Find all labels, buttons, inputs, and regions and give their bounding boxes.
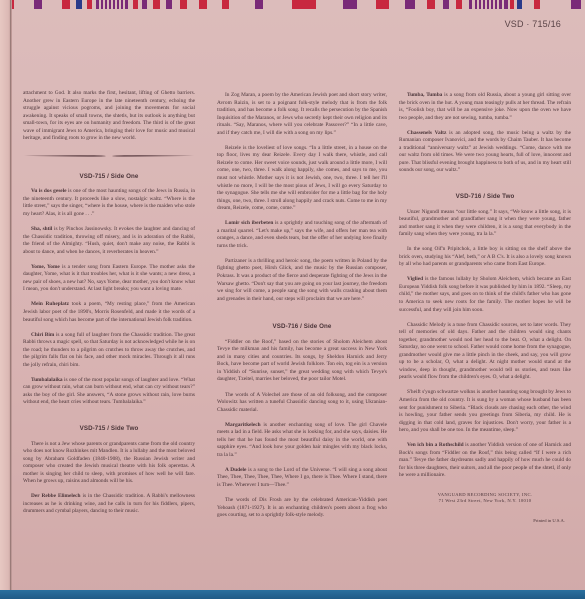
stripe-block (113, 0, 115, 9)
liner-note-paragraph: Lomir sich iberbeten is a sprightly and … (217, 220, 387, 250)
stripe-block (483, 0, 485, 9)
song-title: Chassenels Valtz (407, 130, 446, 136)
stripe-block (343, 0, 357, 9)
stripe-block (125, 0, 128, 9)
song-title: Viglied (407, 276, 423, 282)
vsd716-side-one-notes: “Fiddler on the Roof,” based on the stor… (217, 339, 387, 520)
bottom-color-band (0, 590, 585, 599)
liner-note-paragraph: A Dudele is a song to the Lord of the Un… (217, 467, 387, 490)
section-heading-vsd716-side-one: VSD-716 / Side One (217, 323, 387, 331)
liner-note-paragraph: Chassidic Melody is a tune from Chassidi… (399, 322, 571, 382)
stripe-block (487, 0, 489, 9)
stripe-block (510, 0, 514, 9)
liner-note-paragraph: In the song Oif'n Pripitchok, a little b… (399, 246, 571, 269)
stripe-block (133, 0, 138, 9)
stripe-block (87, 0, 92, 9)
liner-note-paragraph: Viglied is the famous lullaby by Sholom … (399, 276, 571, 314)
liner-note-paragraph: The words of A Volechel are those of an … (217, 392, 387, 415)
song-title: A Dudele (225, 467, 246, 473)
song-title: Mein Ruheplatz (31, 301, 69, 307)
stripe-block (121, 0, 123, 9)
ornamental-divider (23, 153, 195, 159)
vsd715-side-two-notes-continued: Tumba, Tumba is a song from old Russia, … (399, 92, 571, 175)
liner-note-paragraph: There is not a Jew whose parents or gran… (23, 441, 195, 486)
stripe-block (443, 0, 449, 9)
intro-paragraph: attachment to God. It also marks the fir… (23, 90, 195, 143)
stripe-block (405, 0, 415, 9)
stripe-block (479, 0, 481, 9)
section-heading-vsd716-side-two: VSD-716 / Side Two (399, 193, 571, 201)
liner-note-paragraph: Tumbalalaika is one of the most popular … (23, 377, 195, 407)
song-title: Margaritkelech (225, 422, 261, 428)
liner-note-paragraph: Chiri Bim is a song full of laughter fro… (23, 332, 195, 370)
stripe-block (469, 0, 472, 9)
vsd716-side-two-notes: Unzer Nigundl means “our little song.” I… (399, 209, 571, 480)
stripe-block (166, 0, 172, 9)
liner-note-paragraph: Unzer Nigundl means “our little song.” I… (399, 209, 571, 239)
liner-note-paragraph: Sha, shtil is by Pinchos Jassinowsky. It… (23, 226, 195, 256)
stripe-block (517, 0, 522, 9)
liner-notes-column-1: attachment to God. It also marks the fir… (23, 90, 195, 523)
section-heading-vsd715-side-two: VSD-715 / Side Two (23, 425, 195, 433)
liner-note-paragraph: Vu is dos gesele is one of the most haun… (23, 188, 195, 218)
stripe-block (142, 0, 147, 9)
stripe-block (180, 0, 187, 9)
liner-note-paragraph: Der Rebbe Elimelech is in the Chassidic … (23, 493, 195, 516)
publisher-credit: VANGUARD RECORDING SOCIETY, INC. 71 West… (399, 492, 571, 503)
song-title: Chiri Bim (31, 332, 54, 338)
liner-note-paragraph: Partizaner is a thrilling and heroic son… (217, 258, 387, 303)
stripe-block (475, 0, 477, 9)
publisher-address: 71 West 23rd Street, New York, N.Y. 1001… (399, 498, 571, 504)
album-back-cover: VSD · 715/16 attachment to God. It also … (0, 0, 585, 599)
liner-note-paragraph: Reizele is the loveliest of love songs. … (217, 145, 387, 213)
stripe-block (534, 0, 540, 9)
stripe-block (96, 0, 99, 9)
liner-note-paragraph: Mein Ruheplatz took a poem, “My resting … (23, 301, 195, 324)
stripe-block (117, 0, 119, 9)
liner-note-paragraph: Chassenels Valtz is an adopted song, the… (399, 130, 571, 175)
printed-in-usa: Printed in U.S.A. (399, 517, 571, 525)
stripe-block (105, 0, 107, 9)
stripe-block (499, 0, 502, 9)
liner-note-paragraph: The words of Dis Frosh are by the celebr… (217, 497, 387, 520)
stripe-block (222, 0, 229, 9)
vsd715-side-one-notes: Vu is dos gesele is one of the most haun… (23, 188, 195, 407)
liner-note-paragraph: Tumba, Tumba is a song from old Russia, … (399, 92, 571, 122)
liner-note-paragraph: In Zog Maran, a poem by the American Jew… (217, 92, 387, 137)
song-title: Tumbalalaika (31, 377, 63, 383)
stripe-block (255, 0, 263, 9)
stripe-block (153, 0, 160, 9)
stripe-block (199, 0, 207, 9)
liner-note-paragraph: “Fiddler on the Roof,” based on the stor… (217, 339, 387, 384)
song-title: Lomir sich iberbeten (225, 220, 273, 226)
stripe-block (76, 0, 82, 9)
song-title: Ven ich bin a Rothschild (407, 442, 464, 448)
stripe-block (62, 0, 70, 9)
song-title: Vu is dos gesele (31, 188, 67, 194)
decorative-stripe-border (0, 0, 585, 10)
stripe-block (427, 0, 435, 9)
stripe-block (109, 0, 111, 9)
song-title: Yome, Yome (31, 264, 60, 270)
song-title: Tumba, Tumba (407, 92, 442, 98)
liner-notes-column-3: Tumba, Tumba is a song from old Russia, … (399, 92, 571, 525)
liner-note-paragraph: Yome, Yome is a tender song from Eastern… (23, 264, 195, 294)
liner-notes-column-2: In Zog Maran, a poem by the American Jew… (217, 92, 387, 527)
stripe-block (34, 0, 42, 9)
stripe-block (504, 0, 508, 9)
liner-note-paragraph: Ven ich bin a Rothschild is another Yidd… (399, 442, 571, 480)
song-title: Der Rebbe Elimelech (31, 493, 81, 499)
song-title: Sha, shtil (31, 226, 52, 232)
stripe-block (101, 0, 103, 9)
stripe-block (571, 0, 581, 9)
vsd715-side-one-notes-continued: In Zog Maran, a poem by the American Jew… (217, 92, 387, 303)
catalog-number: VSD · 715/16 (505, 19, 561, 29)
liner-note-paragraph: S'heift s'yugn schwartze wolkns is anoth… (399, 389, 571, 434)
stripe-block (376, 0, 389, 9)
stripe-block (456, 0, 462, 9)
vsd715-side-two-notes: There is not a Jew whose parents or gran… (23, 441, 195, 516)
stripe-block (495, 0, 497, 9)
liner-note-paragraph: Margaritkelech is another enchanting son… (217, 422, 387, 460)
stripe-block (292, 0, 316, 9)
section-heading-vsd715-side-one: VSD-715 / Side One (23, 173, 195, 181)
stripe-block (491, 0, 493, 9)
spine-fold-line (10, 0, 11, 590)
